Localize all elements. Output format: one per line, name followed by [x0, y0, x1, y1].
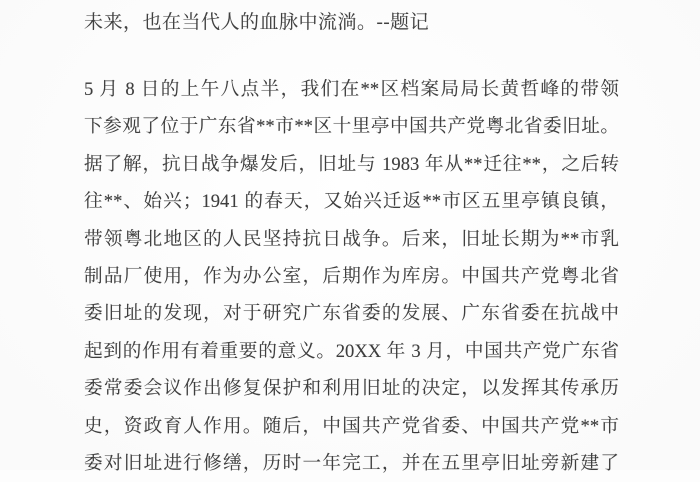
text-line: 委旧址的发现，对于研究广东省委的发展、广东省委在抗战中 [84, 295, 619, 332]
text-line: 往**、始兴；1941 的春天，又始兴迁返**市区五里亭镇良镇， [84, 183, 619, 220]
text-line: 委常委会议作出修复保护和利用旧址的决定，以发挥其传承历 [84, 370, 619, 407]
text-line: 史，资政育人作用。随后，中国共产党省委、中国共产党**市 [84, 408, 619, 445]
text-line: 带领粤北地区的人民坚持抗日战争。后来，旧址长期为**市乳 [84, 221, 619, 258]
text-line: 委对旧址进行修缮，历时一年完工，并在五里亭旧址旁新建了 [84, 445, 619, 470]
text-line: 5 月 8 日的上午八点半，我们在**区档案局局长黄哲峰的带领 [84, 71, 619, 108]
text-line: 制品厂使用，作为办公室，后期作为库房。中国共产党粤北省 [84, 258, 619, 295]
body-paragraph: 5 月 8 日的上午八点半，我们在**区档案局局长黄哲峰的带领 下参观了位于广东… [84, 71, 619, 470]
text-line: 据了解，抗日战争爆发后，旧址与 1983 年从**迁往**，之后转 [84, 146, 619, 183]
text-line: 起到的作用有着重要的意义。20XX 年 3 月，中国共产党广东省 [84, 333, 619, 370]
epigraph-line: 未来，也在当代人的血脉中流淌。--题记 [84, 4, 619, 41]
document-page: 未来，也在当代人的血脉中流淌。--题记 5 月 8 日的上午八点半，我们在**区… [0, 0, 700, 470]
text-line: 下参观了位于广东省**市**区十里亭中国共产党粤北省委旧址。 [84, 108, 619, 145]
